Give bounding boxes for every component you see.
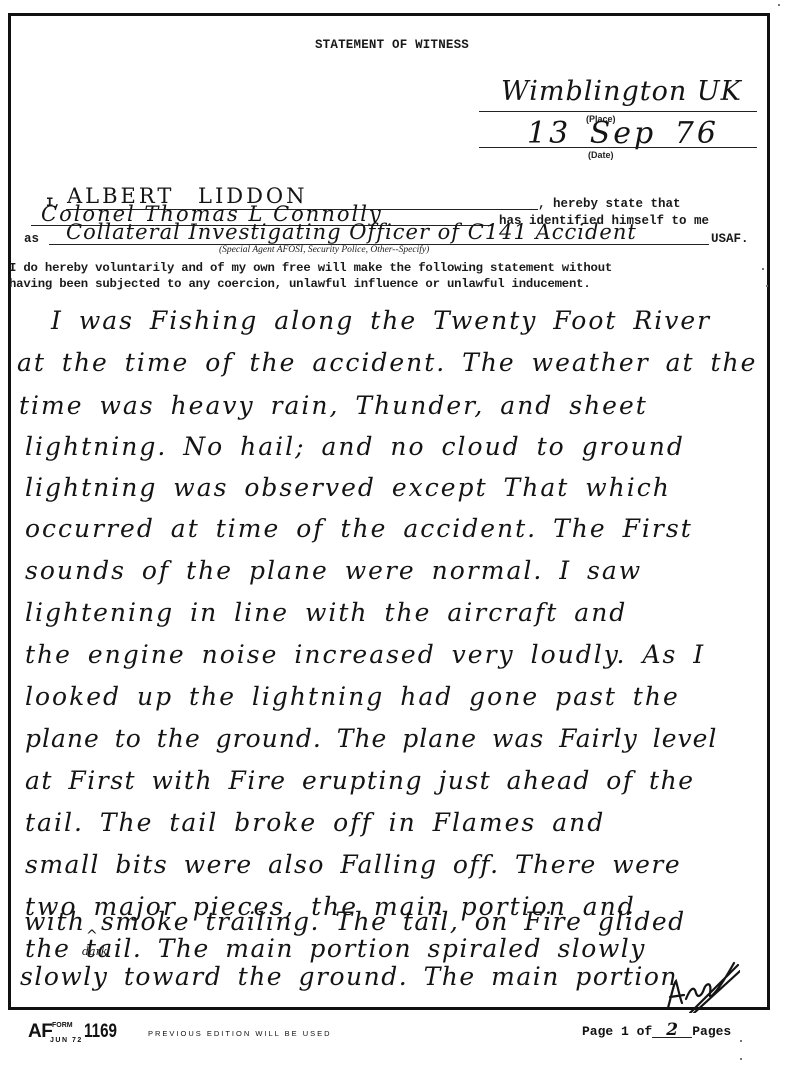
scan-speck bbox=[766, 285, 768, 287]
statement-line: looked up the lightning had gone past th… bbox=[25, 682, 680, 711]
statement-line: sounds of the plane were normal. I saw bbox=[25, 556, 642, 585]
statement-form: STATEMENT OF WITNESS Wimblington UK (Pla… bbox=[8, 13, 770, 1010]
statement-line: slowly toward the ground. The main porti… bbox=[20, 962, 678, 991]
scan-speck bbox=[778, 4, 780, 6]
form-footer: AF FORM JUN 72 1169 PREVIOUS EDITION WIL… bbox=[0, 1018, 800, 1058]
date-caption: (Date) bbox=[588, 150, 614, 160]
form-label: FORM bbox=[52, 1022, 73, 1029]
statement-line: I was Fishing along the Twenty Foot Rive… bbox=[51, 306, 711, 335]
insertion-caret: ^ bbox=[86, 928, 98, 944]
insertion-word: dark bbox=[82, 945, 108, 958]
statement-line: small bits were also Falling off. There … bbox=[25, 850, 681, 879]
role-caption: (Special Agent AFOSI, Security Police, O… bbox=[219, 245, 429, 255]
page-prefix: Page 1 of bbox=[582, 1024, 652, 1039]
statement-line: tail. The tail broke off in Flames and bbox=[25, 808, 605, 837]
statement-line: the engine noise increased very loudly. … bbox=[25, 640, 705, 669]
statement-line: lightning. No hail; and no cloud to grou… bbox=[25, 432, 685, 461]
declaration-line-2: having been subjected to any coercion, u… bbox=[9, 277, 591, 291]
page-total: 2 bbox=[652, 1024, 692, 1038]
statement-line: the tail. The main portion spiraled slow… bbox=[25, 934, 646, 963]
form-prefix: AF bbox=[28, 1021, 52, 1043]
previous-edition-notice: PREVIOUS EDITION WILL BE USED bbox=[148, 1029, 332, 1038]
hereby-state-text: , hereby state that bbox=[538, 197, 681, 211]
statement-line: at First with Fire erupting just ahead o… bbox=[25, 766, 695, 795]
statement-line: at the time of the accident. The weather… bbox=[17, 348, 757, 377]
usaf-label: USAF. bbox=[711, 232, 749, 246]
form-number: 1169 bbox=[84, 1021, 117, 1043]
scan-speck bbox=[740, 1040, 742, 1042]
statement-line: plane to the ground. The plane was Fairl… bbox=[25, 724, 717, 753]
as-label: as bbox=[24, 232, 39, 246]
page-count: Page 1 of2Pages bbox=[582, 1024, 731, 1039]
place-line bbox=[479, 111, 757, 112]
place-value: Wimblington UK bbox=[501, 76, 742, 107]
statement-line: lightning was observed except That which bbox=[25, 473, 671, 502]
statement-line: occurred at time of the accident. The Fi… bbox=[25, 514, 693, 543]
scan-speck bbox=[762, 268, 764, 270]
page-suffix: Pages bbox=[692, 1024, 731, 1039]
statement-line: with smoke trailing. The tail, on Fire g… bbox=[24, 907, 686, 936]
date-value: 13 Sep 76 bbox=[527, 116, 719, 151]
investigator-role: Collateral Investigating Officer of C141… bbox=[66, 220, 637, 244]
declaration-line-1: I do hereby voluntarily and of my own fr… bbox=[9, 261, 612, 275]
statement-line: lightening in line with the aircraft and bbox=[25, 598, 627, 627]
form-date: JUN 72 bbox=[50, 1037, 83, 1044]
scan-speck bbox=[740, 1058, 742, 1060]
statement-line: time was heavy rain, Thunder, and sheet bbox=[19, 391, 648, 420]
date-line bbox=[479, 147, 757, 148]
form-title: STATEMENT OF WITNESS bbox=[11, 38, 773, 52]
witness-signature bbox=[660, 953, 740, 1013]
